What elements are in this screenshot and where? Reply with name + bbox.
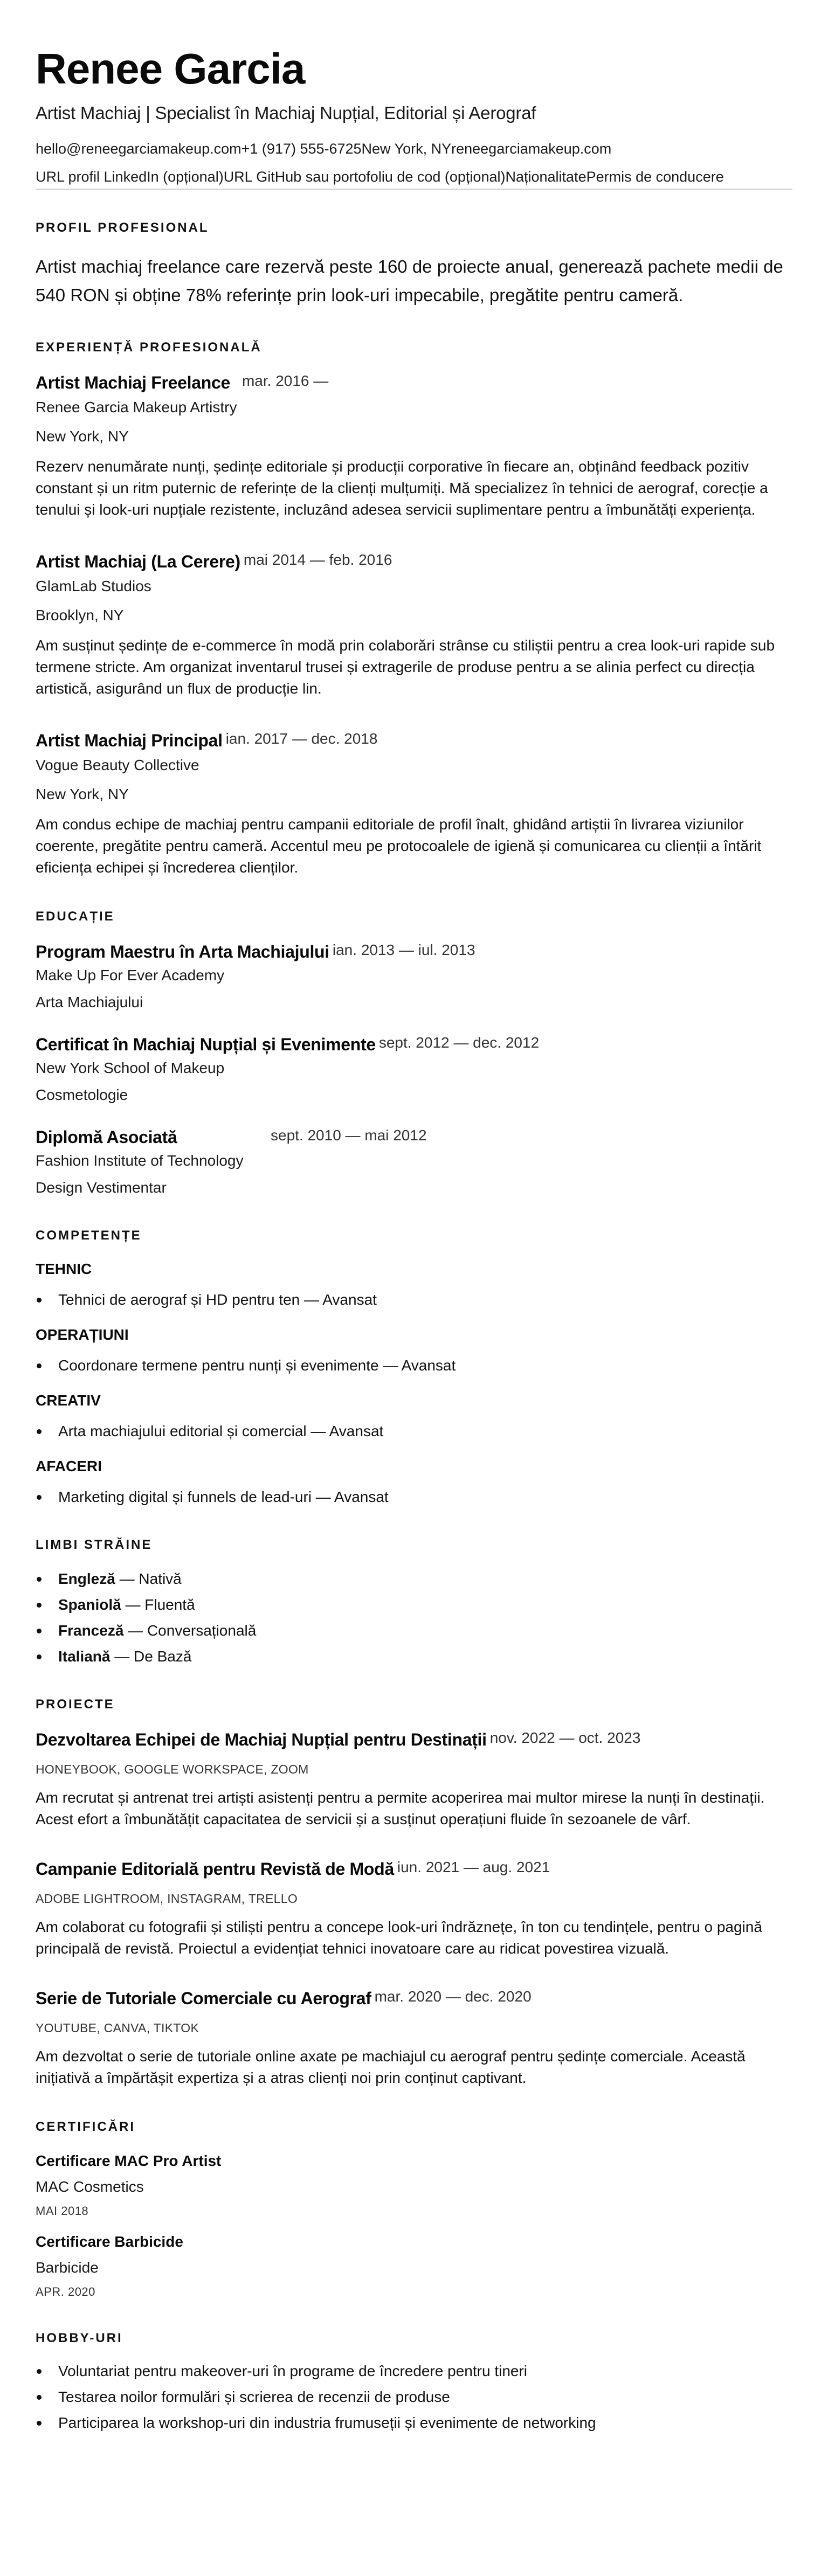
summary-text: Artist machiaj freelance care rezervă pe… <box>36 252 792 309</box>
job-description: Am condus echipe de machiaj pentru campa… <box>36 814 792 878</box>
education-dates: ian. 2013 — iul. 2013 <box>333 941 475 959</box>
project-entry: Dezvoltarea Echipei de Machiaj Nupțial p… <box>36 1729 792 1830</box>
education-entry: Program Maestru în Arta Machiajului ian.… <box>36 941 792 1012</box>
skill-item: Arta machiajului editorial și comercial … <box>36 1422 792 1441</box>
contact-linkedin[interactable]: URL profil LinkedIn (opțional) <box>36 169 224 185</box>
job-title: Artist Machiaj Freelance <box>36 372 230 393</box>
section-projects: Proiecte Dezvoltarea Echipei de Machiaj … <box>36 1696 792 2089</box>
skill-category: CREATIV <box>36 1391 792 1410</box>
language-name: Franceză <box>58 1622 123 1639</box>
degree-title: Diplomă Asociată <box>36 1126 267 1148</box>
contact-nationality: Naționalitate <box>505 169 586 185</box>
project-dates: iun. 2021 — aug. 2021 <box>397 1858 550 1876</box>
section-title: Certificări <box>36 2119 792 2135</box>
job-location: Brooklyn, NY <box>36 606 792 625</box>
experience-entry: Artist Machiaj Principal ian. 2017 — dec… <box>36 730 792 878</box>
certification-name: Certificare Barbicide <box>36 2232 792 2252</box>
education-entry: Certificat în Machiaj Nupțial și Evenime… <box>36 1034 792 1105</box>
candidate-headline: Artist Machiaj | Specialist în Machiaj N… <box>36 101 792 125</box>
language-level: — Conversațională <box>123 1622 256 1639</box>
certification-name: Certificare MAC Pro Artist <box>36 2151 792 2171</box>
contact-website[interactable]: reneegarciamakeup.com <box>451 141 611 157</box>
project-entry: Campanie Editorială pentru Revistă de Mo… <box>36 1858 792 1959</box>
skill-category: OPERAȚIUNI <box>36 1326 792 1344</box>
skill-category: AFACERI <box>36 1457 792 1476</box>
education-field: Design Vestimentar <box>36 1178 792 1197</box>
section-experience: Experiență Profesională Artist Machiaj F… <box>36 340 792 878</box>
education-field: Arta Machiajului <box>36 993 792 1012</box>
education-school: New York School of Makeup <box>36 1058 792 1078</box>
skill-item: Tehnici de aerograf și HD pentru ten — A… <box>36 1290 792 1310</box>
job-dates: ian. 2017 — dec. 2018 <box>226 730 378 748</box>
project-title: Dezvoltarea Echipei de Machiaj Nupțial p… <box>36 1729 487 1750</box>
job-title: Artist Machiaj (La Cerere) <box>36 551 240 572</box>
certification-issuer: Barbicide <box>36 2258 792 2277</box>
contact-phone[interactable]: +1 (917) 555-6725 <box>241 141 362 157</box>
section-certifications: Certificări Certificare MAC Pro Artist M… <box>36 2119 792 2300</box>
skill-group: CREATIV Arta machiajului editorial și co… <box>36 1391 792 1441</box>
job-dates: mar. 2016 — <box>242 372 328 390</box>
resume-header: Renee Garcia Artist Machiaj | Specialist… <box>36 44 792 190</box>
hobby-item: Voluntariat pentru makeover-uri în progr… <box>36 2362 792 2381</box>
skill-group: AFACERI Marketing digital și funnels de … <box>36 1457 792 1507</box>
language-level: — De Bază <box>110 1648 191 1665</box>
certification-entry: Certificare Barbicide Barbicide APR. 202… <box>36 2232 792 2300</box>
section-title: Hobby-uri <box>36 2330 792 2346</box>
contact-location: New York, NY <box>362 141 452 157</box>
job-description: Am susținut ședințe de e-commerce în mod… <box>36 635 792 700</box>
job-company: GlamLab Studios <box>36 577 792 596</box>
degree-title: Certificat în Machiaj Nupțial și Evenime… <box>36 1034 376 1055</box>
skill-group: OPERAȚIUNI Coordonare termene pentru nun… <box>36 1326 792 1375</box>
skill-item: Marketing digital și funnels de lead-uri… <box>36 1487 792 1507</box>
section-title: Experiență Profesională <box>36 340 792 356</box>
section-title: Limbi Străine <box>36 1537 792 1553</box>
project-entry: Serie de Tutoriale Comerciale cu Aerogra… <box>36 1988 792 2089</box>
resume-page: Renee Garcia Artist Machiaj | Specialist… <box>0 0 828 2465</box>
job-company: Renee Garcia Makeup Artistry <box>36 398 792 417</box>
certification-issuer: MAC Cosmetics <box>36 2177 792 2197</box>
education-school: Make Up For Ever Academy <box>36 966 792 985</box>
project-tech: YOUTUBE, CANVA, TIKTOK <box>36 2020 792 2036</box>
section-hobbies: Hobby-uri Voluntariat pentru makeover-ur… <box>36 2330 792 2433</box>
job-location: New York, NY <box>36 427 792 446</box>
job-title: Artist Machiaj Principal <box>36 730 223 751</box>
section-languages: Limbi Străine Engleză — Nativă Spaniolă … <box>36 1537 792 1666</box>
language-name: Italiană <box>58 1648 110 1665</box>
project-tech: ADOBE LIGHTROOM, INSTAGRAM, TRELLO <box>36 1891 792 1907</box>
job-dates: mai 2014 — feb. 2016 <box>244 551 392 569</box>
contact-email[interactable]: hello@reneegarciamakeup.com <box>36 141 241 157</box>
language-level: — Nativă <box>115 1570 182 1587</box>
language-item: Italiană — De Bază <box>36 1647 792 1666</box>
contact-driving-license: Permis de conducere <box>586 169 724 185</box>
section-title: Profil Profesional <box>36 220 792 236</box>
contact-github[interactable]: URL GitHub sau portofoliu de cod (opțion… <box>224 169 506 185</box>
job-description: Rezerv nenumărate nunți, ședințe editori… <box>36 456 792 521</box>
education-entry: Diplomă Asociată sept. 2010 — mai 2012 F… <box>36 1126 792 1197</box>
experience-entry: Artist Machiaj Freelance mar. 2016 — Ren… <box>36 372 792 521</box>
section-education: Educație Program Maestru în Arta Machiaj… <box>36 909 792 1197</box>
project-description: Am colaborat cu fotografii și stiliști p… <box>36 1916 792 1959</box>
candidate-name: Renee Garcia <box>36 44 792 94</box>
project-title: Serie de Tutoriale Comerciale cu Aerogra… <box>36 1988 371 2009</box>
education-dates: sept. 2010 — mai 2012 <box>271 1126 427 1145</box>
project-description: Am recrutat și antrenat trei artiști asi… <box>36 1787 792 1830</box>
section-summary: Profil Profesional Artist machiaj freela… <box>36 220 792 309</box>
degree-title: Program Maestru în Arta Machiajului <box>36 941 329 962</box>
project-dates: nov. 2022 — oct. 2023 <box>490 1729 641 1747</box>
experience-entry: Artist Machiaj (La Cerere) mai 2014 — fe… <box>36 551 792 700</box>
education-field: Cosmetologie <box>36 1085 792 1105</box>
project-description: Am dezvoltat o serie de tutoriale online… <box>36 2046 792 2089</box>
section-title: Competențe <box>36 1228 792 1244</box>
section-title: Proiecte <box>36 1696 792 1713</box>
education-school: Fashion Institute of Technology <box>36 1151 792 1171</box>
section-skills: Competențe TEHNIC Tehnici de aerograf și… <box>36 1228 792 1507</box>
language-item: Spaniolă — Fluentă <box>36 1595 792 1615</box>
language-name: Spaniolă <box>58 1596 121 1613</box>
project-title: Campanie Editorială pentru Revistă de Mo… <box>36 1858 394 1880</box>
project-tech: HONEYBOOK, GOOGLE WORKSPACE, ZOOM <box>36 1761 792 1777</box>
skill-category: TEHNIC <box>36 1260 792 1278</box>
job-company: Vogue Beauty Collective <box>36 756 792 775</box>
language-item: Franceză — Conversațională <box>36 1621 792 1640</box>
job-location: New York, NY <box>36 785 792 804</box>
language-name: Engleză <box>58 1570 115 1587</box>
hobby-item: Testarea noilor formulări și scrierea de… <box>36 2387 792 2407</box>
contact-row-primary: hello@reneegarciamakeup.com+1 (917) 555-… <box>36 139 792 158</box>
section-title: Educație <box>36 909 792 925</box>
education-dates: sept. 2012 — dec. 2012 <box>379 1034 539 1052</box>
certification-entry: Certificare MAC Pro Artist MAC Cosmetics… <box>36 2151 792 2219</box>
project-dates: mar. 2020 — dec. 2020 <box>375 1988 532 2006</box>
language-item: Engleză — Nativă <box>36 1569 792 1589</box>
skill-group: TEHNIC Tehnici de aerograf și HD pentru … <box>36 1260 792 1310</box>
skill-item: Coordonare termene pentru nunți și eveni… <box>36 1356 792 1375</box>
contact-row-secondary: URL profil LinkedIn (opțional)URL GitHub… <box>36 167 792 190</box>
hobby-item: Participarea la workshop-uri din industr… <box>36 2413 792 2433</box>
certification-date: APR. 2020 <box>36 2284 792 2300</box>
language-level: — Fluentă <box>121 1596 195 1613</box>
certification-date: MAI 2018 <box>36 2203 792 2219</box>
